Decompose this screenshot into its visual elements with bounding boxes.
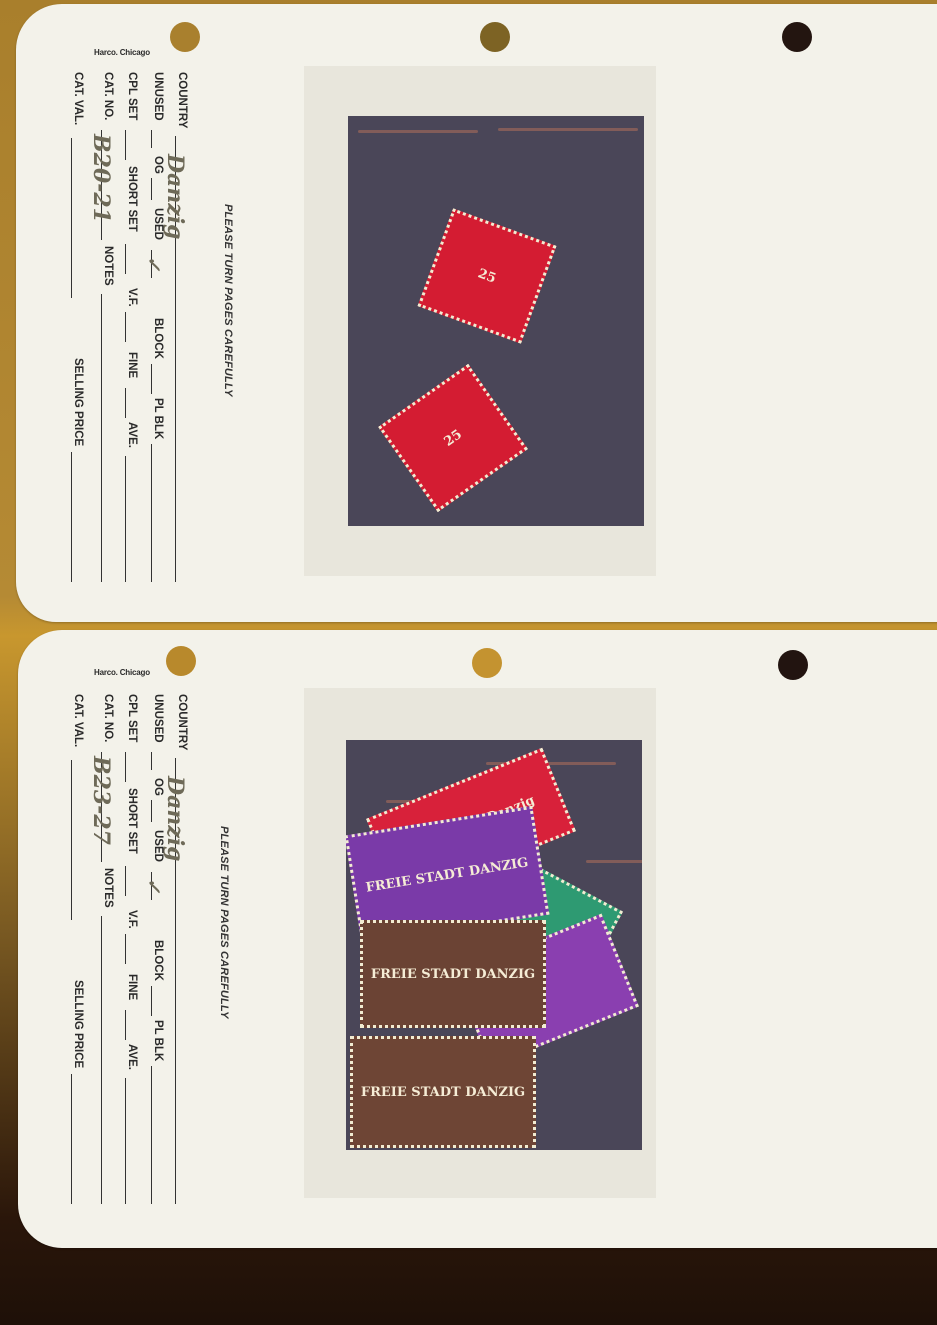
unused-label: UNUSED — [152, 72, 164, 121]
short-set-label: SHORT SET — [126, 788, 138, 854]
approval-card-bottom: Harco. Chicago COUNTRY Danzig UNUSED OG … — [18, 630, 937, 1248]
ave-label: AVE. — [126, 422, 138, 448]
selling-price-label: SELLING PRICE — [72, 980, 84, 1068]
used-label: USED — [152, 208, 164, 240]
og-label: OG — [152, 156, 164, 174]
punch-hole — [778, 650, 808, 680]
country-label: COUNTRY — [176, 694, 188, 750]
vf-label: V.F. — [126, 288, 138, 307]
fine-label: FINE — [126, 974, 138, 1000]
stamp: FREIE STADT DANZIG — [350, 1036, 536, 1148]
glassine-sleeve: Freie Stadt Danzig FREIE STADT DANZIG FR… — [304, 688, 656, 1198]
block-label: BLOCK — [152, 940, 164, 981]
stamp: FREIE STADT DANZIG — [360, 920, 546, 1028]
handling-warning: PLEASE TURN PAGES CAREFULLY — [222, 204, 234, 397]
notes-label: NOTES — [102, 868, 114, 908]
country-value: Danzig — [162, 776, 188, 862]
cat-val-label: CAT. VAL. — [72, 72, 84, 125]
brand-label: Harco. Chicago — [94, 48, 150, 57]
selling-price-label: SELLING PRICE — [72, 358, 84, 446]
country-value: Danzig — [162, 154, 188, 240]
cat-no-label: CAT. NO. — [102, 694, 114, 742]
cpl-set-label: CPL SET — [126, 694, 138, 742]
used-check: ✓ — [143, 256, 164, 271]
punch-hole — [166, 646, 196, 676]
vf-label: V.F. — [126, 910, 138, 929]
punch-hole — [480, 22, 510, 52]
punch-hole — [472, 648, 502, 678]
unused-label: UNUSED — [152, 694, 164, 743]
cat-no-value: B20-21 — [88, 134, 114, 223]
stamp: 25 — [378, 364, 528, 512]
handling-warning: PLEASE TURN PAGES CAREFULLY — [218, 826, 230, 1019]
stamp-mount: 25 25 — [348, 116, 644, 526]
og-label: OG — [152, 778, 164, 796]
used-label: USED — [152, 830, 164, 862]
glassine-sleeve: 25 25 — [304, 66, 656, 576]
ave-label: AVE. — [126, 1044, 138, 1070]
punch-hole — [782, 22, 812, 52]
cat-no-label: CAT. NO. — [102, 72, 114, 120]
record-form: COUNTRY Danzig UNUSED OG USED ✓ BLOCK PL… — [58, 72, 188, 592]
punch-hole — [170, 22, 200, 52]
pl-blk-label: PL BLK — [152, 398, 164, 439]
fine-label: FINE — [126, 352, 138, 378]
notes-label: NOTES — [102, 246, 114, 286]
pl-blk-label: PL BLK — [152, 1020, 164, 1061]
country-label: COUNTRY — [176, 72, 188, 128]
approval-card-top: Harco. Chicago COUNTRY Danzig UNUSED OG … — [16, 4, 937, 622]
stamp: 25 — [418, 208, 557, 343]
stamp-mount: Freie Stadt Danzig FREIE STADT DANZIG FR… — [346, 740, 642, 1150]
record-form: COUNTRY Danzig UNUSED OG USED ✓ BLOCK PL… — [58, 694, 188, 1214]
used-check: ✓ — [143, 878, 164, 893]
cpl-set-label: CPL SET — [126, 72, 138, 120]
short-set-label: SHORT SET — [126, 166, 138, 232]
cat-no-value: B23-27 — [88, 756, 114, 845]
block-label: BLOCK — [152, 318, 164, 359]
brand-label: Harco. Chicago — [94, 668, 150, 677]
cat-val-label: CAT. VAL. — [72, 694, 84, 747]
